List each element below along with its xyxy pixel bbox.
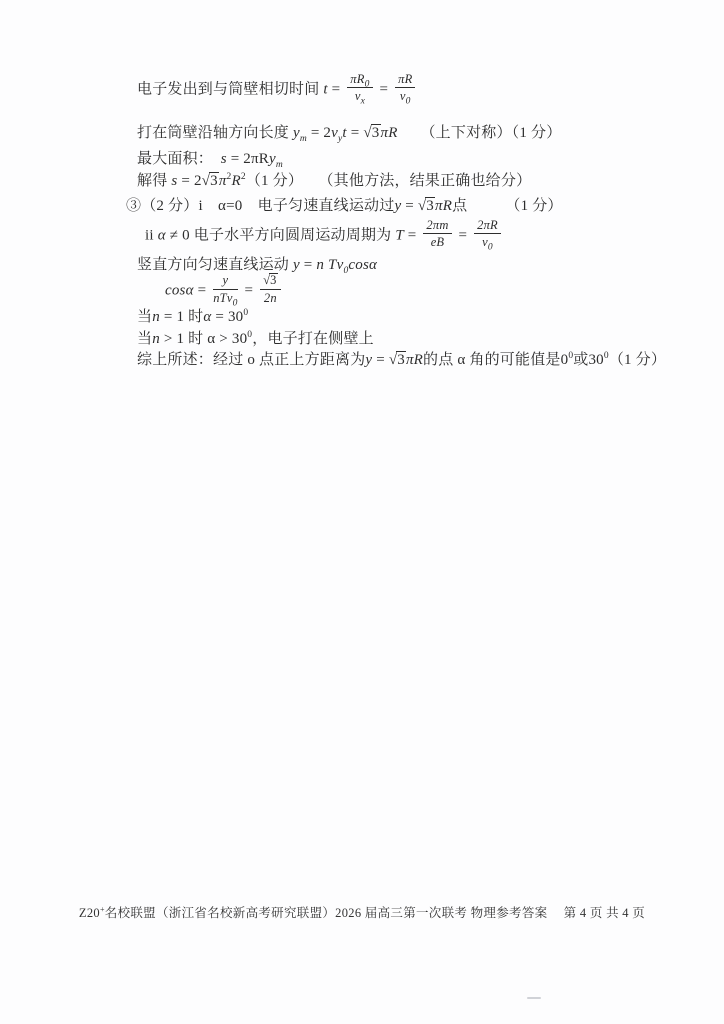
text-run: （1 分）	[246, 173, 296, 189]
frac-denominator: nTv0	[213, 290, 237, 305]
text-run: =	[194, 283, 211, 299]
text-run: ≠ 0 电子水平方向圆周运动周期为	[166, 227, 396, 243]
math-text: cosα	[348, 257, 377, 273]
sqrt-radical: √3	[389, 352, 406, 368]
scan-artifact-dash	[527, 997, 541, 999]
frac-denominator: eB	[423, 234, 451, 249]
text-run: 最大面积：	[137, 151, 221, 167]
text-run: 的点 α 角的可能值是0	[423, 352, 568, 368]
footer-text: 名校联盟（浙江省名校新高考研究联盟）2026 届高三第一次联考 物理参考答案 第…	[105, 906, 645, 920]
text-run: 竖直方向匀速直线运动	[137, 257, 293, 273]
text-run: （1 分）	[467, 198, 562, 214]
text-run: > 1 时 α > 30	[160, 331, 247, 347]
text-run: =	[372, 352, 389, 368]
document-page: 电子发出到与筒壁相切时间 t = πR0vx = πRv0 打在筒壁沿轴方向长度…	[0, 0, 724, 1024]
frac-numerator: 2πR	[474, 218, 501, 234]
frac-den-sub: 0	[488, 243, 493, 253]
text-run: ii	[145, 227, 158, 243]
fraction: πR0vx	[347, 72, 372, 104]
page-footer: Z20+名校联盟（浙江省名校新高考研究联盟）2026 届高三第一次联考 物理参考…	[0, 903, 724, 921]
math-text: π	[219, 173, 227, 189]
text-run: 电子发出到与筒壁相切时间	[137, 81, 323, 97]
text-run: =	[347, 125, 364, 141]
radicand: 3	[269, 273, 277, 288]
frac-num-text: 2πm	[426, 218, 448, 232]
math-text: πR	[381, 125, 398, 141]
answer-line-7: 竖直方向匀速直线运动 y = n Tv0cosα	[137, 253, 377, 274]
frac-denominator: v0	[395, 88, 415, 103]
math-var: y	[269, 151, 276, 167]
math-var: n	[152, 331, 160, 347]
math-sub: m	[300, 134, 307, 144]
text-run: （其他方法，结果正确也给分）	[296, 173, 532, 189]
frac-den-text: eB	[431, 235, 445, 249]
frac-numerator: πR0	[347, 72, 372, 88]
fraction: 2πmeB	[423, 218, 451, 250]
math-var: n Tv	[316, 257, 343, 273]
text-run: 点	[452, 198, 467, 214]
fraction: πRv0	[395, 72, 415, 104]
math-var: α	[158, 227, 166, 243]
frac-num-text: y	[223, 273, 229, 287]
frac-num-text: πR	[398, 72, 412, 86]
answer-line-11: 综上所述：经过 o 点正上方距离为y = √3πR的点 α 角的可能值是00或3…	[137, 348, 666, 369]
text-run: =	[328, 81, 345, 97]
math-var: y	[293, 257, 300, 273]
text-run: =	[401, 198, 418, 214]
math-var: y	[293, 125, 300, 141]
answer-line-9: 当n = 1 时α = 300	[137, 305, 248, 326]
frac-den-text: nTv	[213, 291, 232, 305]
math-sup: 0	[243, 308, 248, 318]
text-run: ，电子打在侧壁上	[252, 331, 374, 347]
text-run: =	[241, 283, 258, 299]
frac-denominator: v0	[474, 234, 501, 249]
text-run: =	[404, 227, 421, 243]
radicand: 3	[209, 172, 219, 190]
math-var: n	[152, 309, 160, 325]
math-text: cosα	[165, 283, 194, 299]
frac-numerator: 2πm	[423, 218, 451, 234]
frac-den-text: 2n	[264, 291, 277, 305]
text-run: 当	[137, 309, 152, 325]
answer-line-4: 解得 s = 2√3π2R2（1 分） （其他方法，结果正确也给分）	[137, 169, 531, 190]
answer-line-8: cosα = ynTv0 = √32n	[165, 275, 284, 307]
frac-numerator: πR	[395, 72, 415, 88]
answer-line-10: 当n > 1 时 α > 300，电子打在侧壁上	[137, 327, 374, 348]
radicand: 3	[425, 197, 435, 215]
answer-line-3: 最大面积： s = 2πRym	[137, 147, 283, 168]
answer-line-2: 打在筒壁沿轴方向长度 ym = 2vyt = √3πR （上下对称）（1 分）	[137, 121, 561, 142]
text-run: = 2	[307, 125, 331, 141]
text-run: 当	[137, 331, 152, 347]
frac-num-text: πR	[350, 72, 364, 86]
frac-den-sub: 0	[406, 97, 411, 107]
text-run: = 30	[211, 309, 243, 325]
text-run: = 2πR	[227, 151, 269, 167]
sqrt-radical: √3	[202, 173, 219, 189]
sqrt-radical: √3	[418, 198, 435, 214]
math-text: R	[231, 173, 240, 189]
frac-denominator: vx	[347, 88, 372, 103]
fraction: 2πRv0	[474, 218, 501, 250]
text-run: 综上所述：经过 o 点正上方距离为	[137, 352, 365, 368]
text-run: = 1 时	[160, 309, 203, 325]
frac-numerator: √3	[260, 273, 281, 290]
text-run: = 2	[177, 173, 201, 189]
text-run: =	[376, 81, 393, 97]
frac-denominator: 2n	[260, 290, 281, 305]
text-run: =	[300, 257, 317, 273]
fraction: ynTv0	[213, 273, 237, 305]
answer-line-1: 电子发出到与筒壁相切时间 t = πR0vx = πRv0	[137, 74, 418, 106]
math-var: v	[331, 125, 338, 141]
frac-den-sub: x	[361, 97, 365, 107]
text-run: 解得	[137, 173, 171, 189]
text-run: =	[455, 227, 472, 243]
fraction: √32n	[260, 273, 281, 305]
answer-line-5: ③（2 分）i α=0 电子匀速直线运动过y = √3πR点 （1 分）	[126, 194, 563, 215]
sqrt-radical: √3	[263, 273, 278, 287]
frac-numerator: y	[213, 273, 237, 289]
frac-num-text: 2πR	[477, 218, 498, 232]
answer-line-6: ii α ≠ 0 电子水平方向圆周运动周期为 T = 2πmeB = 2πRv0	[145, 220, 504, 252]
text-run: （上下对称）（1 分）	[398, 125, 562, 141]
math-text: πR	[406, 352, 423, 368]
text-run: （1 分）	[609, 352, 666, 368]
footer-league-name: Z20	[79, 906, 100, 920]
radicand: 3	[396, 351, 406, 369]
text-run: 或30	[573, 352, 604, 368]
text-run: 打在筒壁沿轴方向长度	[137, 125, 293, 141]
math-text: πR	[435, 198, 452, 214]
frac-num-sub: 0	[365, 80, 370, 90]
sqrt-radical: √3	[363, 125, 380, 141]
radicand: 3	[371, 124, 381, 142]
math-var: T	[395, 227, 404, 243]
text-run: ③（2 分）i α=0 电子匀速直线运动过	[126, 198, 394, 214]
